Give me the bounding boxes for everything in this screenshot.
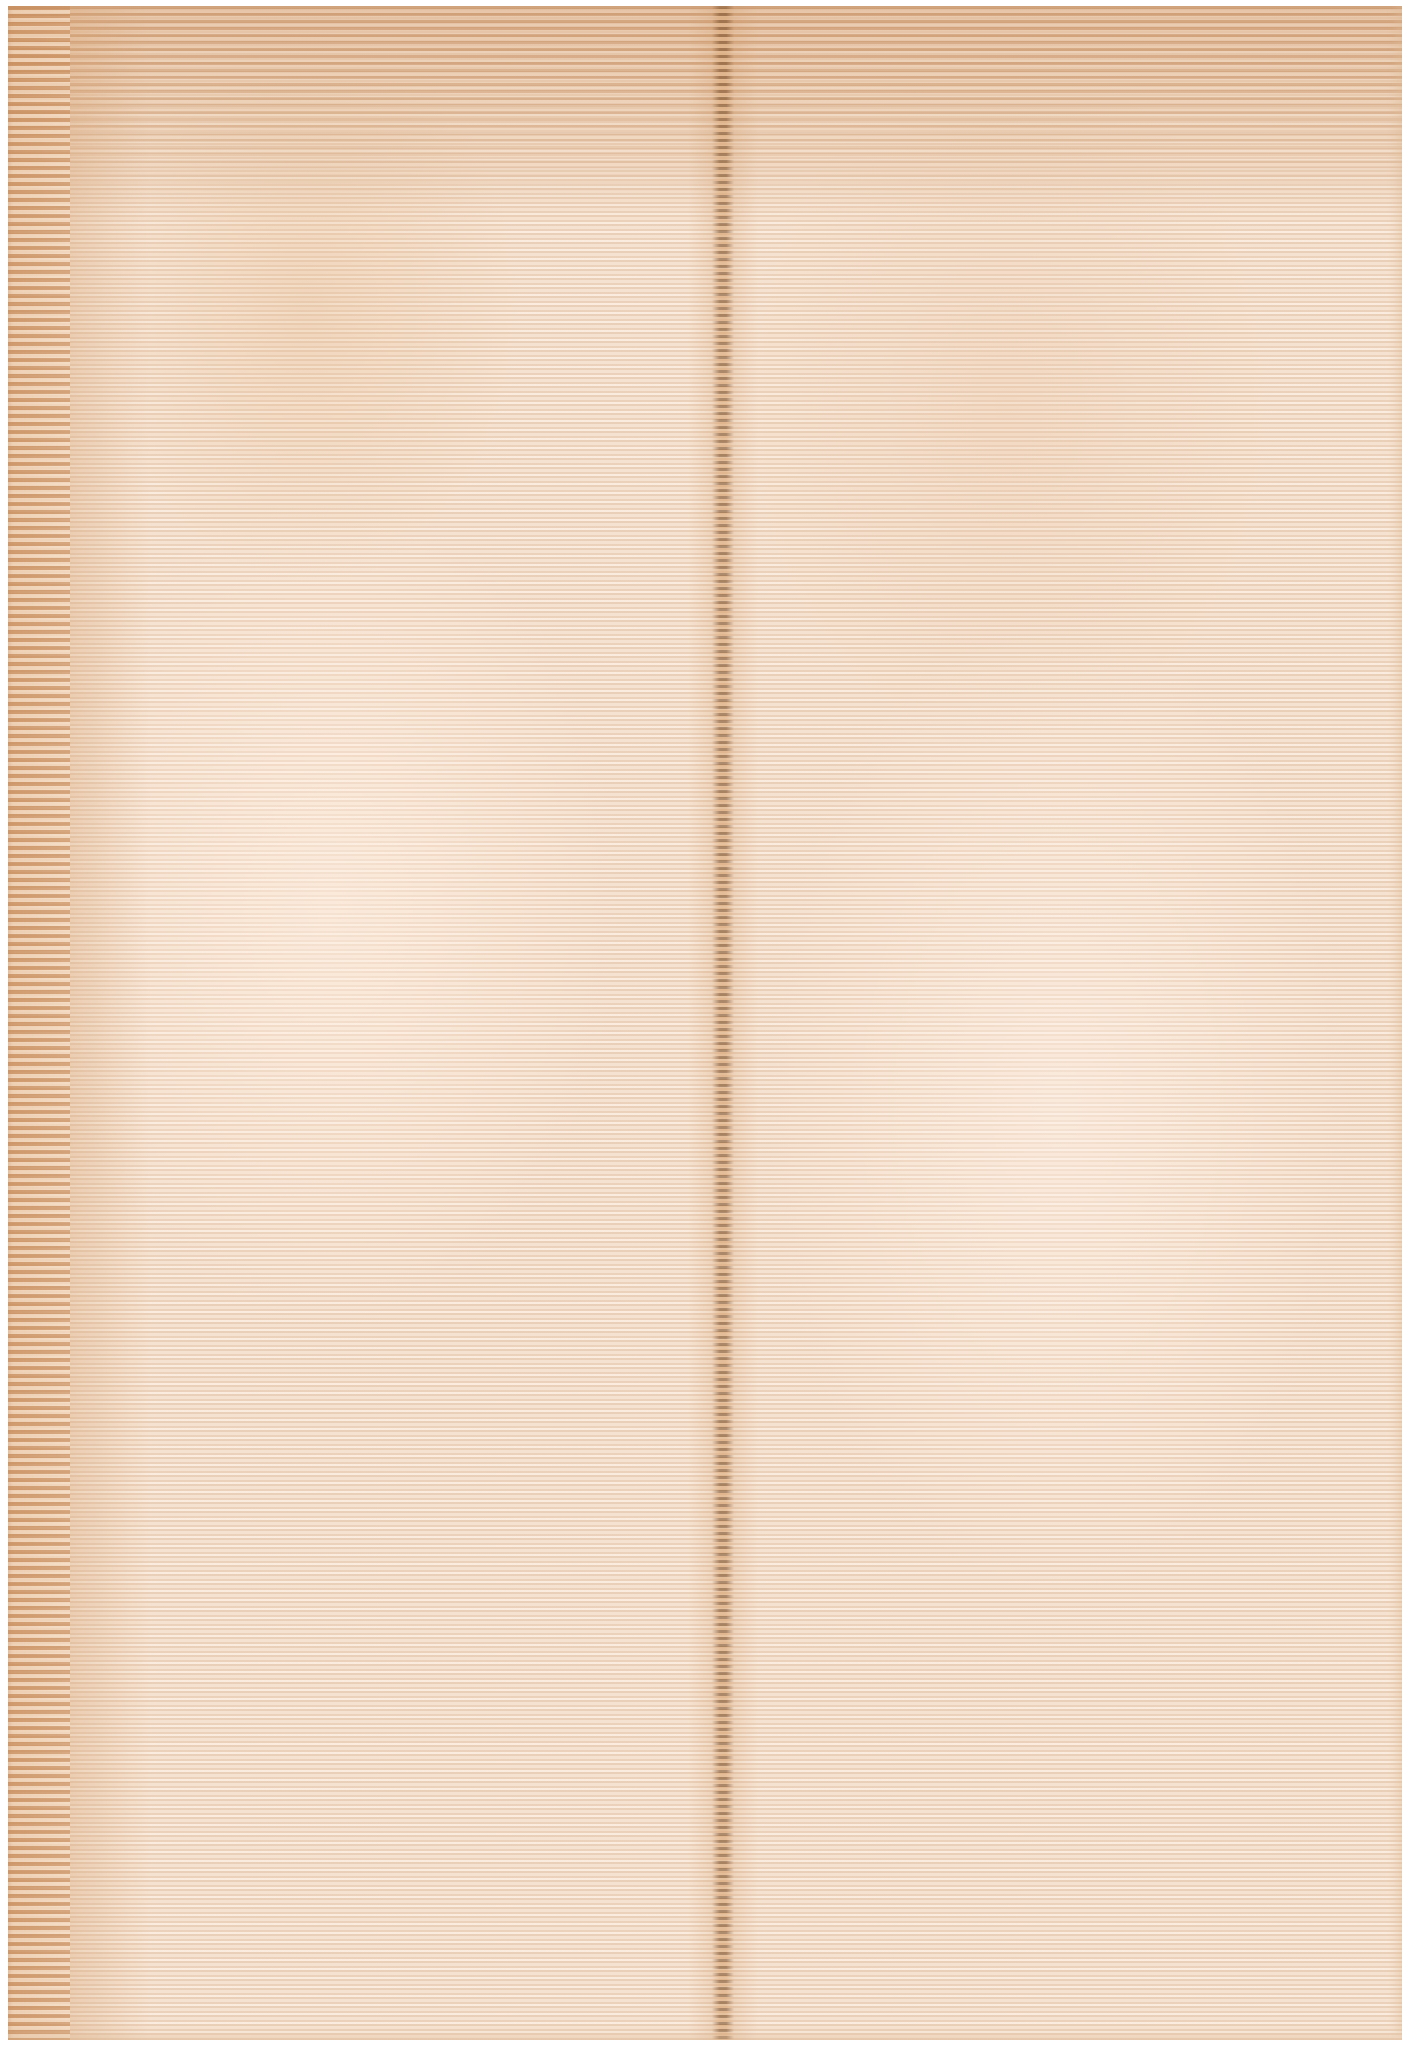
rug bbox=[8, 6, 1402, 2040]
rug-edge bbox=[8, 6, 1402, 2040]
